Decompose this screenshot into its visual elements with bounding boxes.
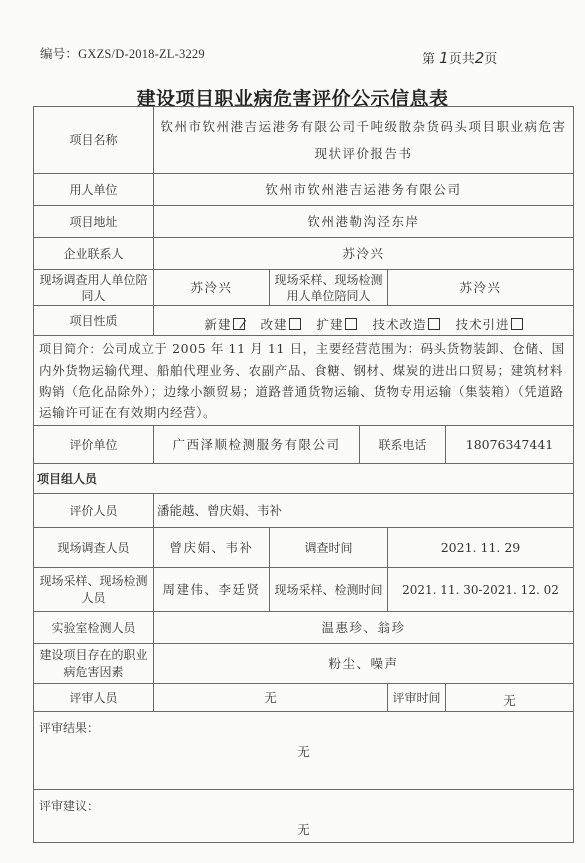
row-project-nature: 项目性质 新建 改建 扩建 技术改造 技术引进: [34, 306, 574, 336]
reviewers-label: 评审人员: [34, 684, 154, 712]
option-expansion[interactable]: 扩建: [316, 317, 356, 332]
option-label: 技术引进: [455, 317, 509, 332]
checkbox-checked-icon[interactable]: [233, 318, 245, 330]
hazards-label: 建设项目存在的职业病危害因素: [34, 644, 154, 684]
address-label: 项目地址: [34, 206, 154, 238]
row-lab: 实验室检测人员 温惠珍、翁珍: [34, 612, 574, 644]
option-label: 改建: [260, 317, 287, 332]
document-number-value: GXZS/D-2018-ZL-3229: [78, 47, 205, 61]
review-advice: 评审建议： 无: [34, 790, 574, 843]
page-indicator: 第 1页共2页: [422, 48, 497, 67]
checkbox-icon[interactable]: [289, 318, 301, 330]
row-review-advice: 评审建议： 无: [34, 790, 574, 843]
lab-staff-label: 实验室检测人员: [34, 612, 154, 644]
info-table: 项目名称 钦州市钦州港吉运港务有限公司千吨级散杂货码头项目职业病危害现状评价报告…: [33, 106, 574, 843]
address-value: 钦州港勒沟泾东岸: [154, 206, 574, 238]
employer-label: 用人单位: [34, 174, 154, 206]
row-intro: 项目简介：公司成立于 2005 年 11 月 11 日，主要经营范围为：码头货物…: [34, 336, 574, 426]
option-new-build[interactable]: 新建: [204, 317, 244, 332]
phone-label: 联系电话: [360, 426, 446, 464]
row-companions: 现场调查用人单位陪同人 苏泠兴 现场采样、现场检测用人单位陪同人 苏泠兴: [34, 270, 574, 306]
checkbox-icon[interactable]: [511, 318, 523, 330]
option-label: 技术改造: [372, 317, 426, 332]
document-number-label: 编号：: [40, 47, 78, 61]
sampling-staff-value: 周建伟、李廷贤: [154, 568, 270, 612]
sampling-staff-label: 现场采样、现场检测人员: [34, 568, 154, 612]
row-reviewers: 评审人员 无 评审时间 无: [34, 684, 574, 712]
survey-time-value: 2021. 11. 29: [388, 528, 574, 568]
evaluator-unit-label: 评价单位: [34, 426, 154, 464]
row-address: 项目地址 钦州港勒沟泾东岸: [34, 206, 574, 238]
row-project-name: 项目名称 钦州市钦州港吉运港务有限公司千吨级散杂货码头项目职业病危害现状评价报告…: [34, 107, 574, 174]
row-employer: 用人单位 钦州市钦州港吉运港务有限公司: [34, 174, 574, 206]
option-label: 扩建: [316, 317, 343, 332]
row-sampling: 现场采样、现场检测人员 周建伟、李廷贤 现场采样、检测时间 2021. 11. …: [34, 568, 574, 612]
contact-label: 企业联系人: [34, 238, 154, 270]
page-current: 1: [439, 49, 449, 67]
evaluators-value: 潘能越、曾庆娟、韦补: [154, 494, 574, 528]
lab-staff-value: 温惠珍、翁珍: [154, 612, 574, 644]
intro-label: 项目简介：: [39, 342, 102, 356]
row-contact: 企业联系人 苏泠兴: [34, 238, 574, 270]
row-team-section: 项目组人员: [34, 464, 574, 494]
option-label: 新建: [204, 317, 231, 332]
sampling-time-label: 现场采样、检测时间: [270, 568, 388, 612]
project-nature-label: 项目性质: [34, 306, 154, 336]
row-review-result: 评审结果： 无: [34, 712, 574, 790]
row-evaluators: 评价人员 潘能越、曾庆娟、韦补: [34, 494, 574, 528]
page-suffix: 页: [484, 52, 497, 67]
project-name-label: 项目名称: [34, 107, 154, 174]
sampling-companion-value: 苏泠兴: [388, 270, 574, 306]
survey-time-label: 调查时间: [270, 528, 388, 568]
review-time-label: 评审时间: [388, 684, 446, 712]
review-advice-label: 评审建议：: [39, 799, 99, 813]
row-hazards: 建设项目存在的职业病危害因素 粉尘、噪声: [34, 644, 574, 684]
survey-staff-value: 曾庆娟、韦补: [154, 528, 270, 568]
checkbox-icon[interactable]: [428, 318, 440, 330]
page-prefix: 第: [422, 52, 435, 67]
review-result-value: 无: [34, 742, 573, 762]
evaluator-unit-value: 广西泽顺检测服务有限公司: [154, 426, 360, 464]
option-tech-import[interactable]: 技术引进: [455, 317, 522, 332]
document-number: 编号：GXZS/D-2018-ZL-3229: [40, 44, 205, 62]
review-time-value: 无: [446, 684, 574, 712]
evaluators-label: 评价人员: [34, 494, 154, 528]
intro-text: 公司成立于 2005 年 11 月 11 日，主要经营范围为：码头货物装卸、仓储…: [39, 341, 565, 420]
survey-companion-value: 苏泠兴: [154, 270, 270, 306]
sampling-companion-label: 现场采样、现场检测用人单位陪同人: [270, 270, 388, 306]
checkbox-icon[interactable]: [345, 318, 357, 330]
page-middle: 页共: [449, 52, 475, 67]
team-section-heading: 项目组人员: [34, 464, 574, 494]
survey-staff-label: 现场调查人员: [34, 528, 154, 568]
phone-value: 18076347441: [446, 426, 574, 464]
survey-companion-label: 现场调查用人单位陪同人: [34, 270, 154, 306]
review-result: 评审结果： 无: [34, 712, 574, 790]
project-nature-options: 新建 改建 扩建 技术改造 技术引进: [154, 306, 574, 336]
project-intro: 项目简介：公司成立于 2005 年 11 月 11 日，主要经营范围为：码头货物…: [34, 336, 574, 426]
option-tech-renovation[interactable]: 技术改造: [372, 317, 439, 332]
employer-value: 钦州市钦州港吉运港务有限公司: [154, 174, 574, 206]
project-name-value: 钦州市钦州港吉运港务有限公司千吨级散杂货码头项目职业病危害现状评价报告书: [154, 107, 574, 174]
review-advice-value: 无: [34, 820, 573, 840]
sampling-time-value: 2021. 11. 30-2021. 12. 02: [388, 568, 574, 612]
page-total: 2: [475, 49, 485, 67]
row-evaluator-unit: 评价单位 广西泽顺检测服务有限公司 联系电话 18076347441: [34, 426, 574, 464]
review-result-label: 评审结果：: [39, 721, 99, 735]
row-survey: 现场调查人员 曾庆娟、韦补 调查时间 2021. 11. 29: [34, 528, 574, 568]
hazards-value: 粉尘、噪声: [154, 644, 574, 684]
reviewers-value: 无: [154, 684, 388, 712]
contact-value: 苏泠兴: [154, 238, 574, 270]
option-rebuild[interactable]: 改建: [260, 317, 300, 332]
